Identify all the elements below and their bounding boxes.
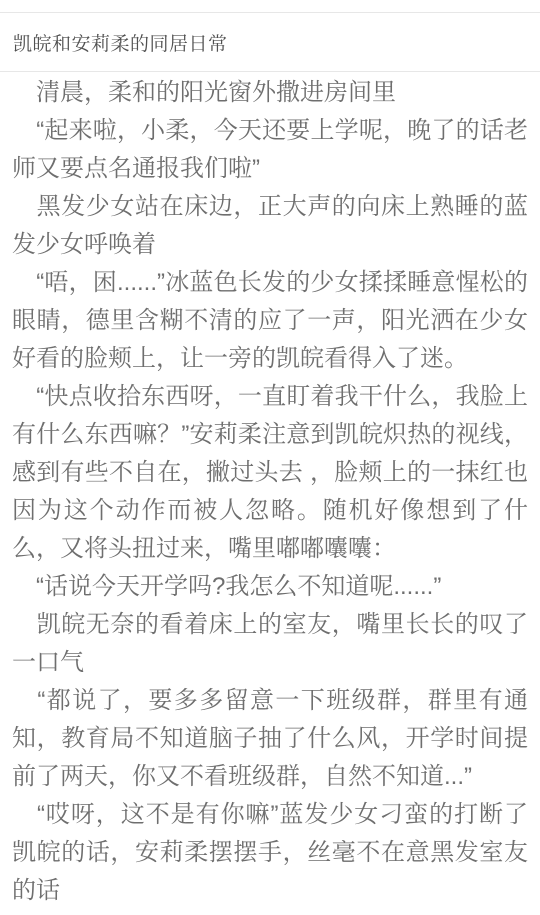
story-paragraph: 凯皖无奈的看着床上的室友，嘴里长长的叹了一口气 [12, 606, 528, 682]
chapter-header: 凯皖和安莉柔的同居日常 [0, 13, 540, 71]
page-title: 凯皖和安莉柔的同居日常 [13, 29, 228, 56]
story-paragraph: 黑发少女站在床边，正大声的向床上熟睡的蓝发少女呼唤着 [12, 188, 528, 264]
story-paragraph: “哎呀，这不是有你嘛”蓝发少女刁蛮的打断了凯皖的话，安莉柔摆摆手，丝毫不在意黑发… [12, 796, 528, 910]
story-paragraph: “起来啦，小柔，今天还要上学呢，晚了的话老师又要点名通报我们啦” [12, 112, 528, 188]
story-paragraph: “都说了，要多多留意一下班级群，群里有通知，教育局不知道脑子抽了什么风，开学时间… [12, 682, 528, 796]
story-paragraph: “唔，困......”冰蓝色长发的少女揉揉睡意惺松的眼睛，德里含糊不清的应了一声… [12, 264, 528, 378]
status-bar-gap [0, 0, 540, 12]
story-paragraph: “话说今天开学吗?我怎么不知道呢......” [12, 568, 528, 606]
story-paragraph: “快点收拾东西呀，一直盯着我干什么，我脸上有什么东西嘛？”安莉柔注意到凯皖炽热的… [12, 378, 528, 568]
story-paragraph: 清晨，柔和的阳光窗外撒进房间里 [12, 74, 528, 112]
reading-area[interactable]: 清晨，柔和的阳光窗外撒进房间里 “起来啦，小柔，今天还要上学呢，晚了的话老师又要… [0, 72, 540, 910]
